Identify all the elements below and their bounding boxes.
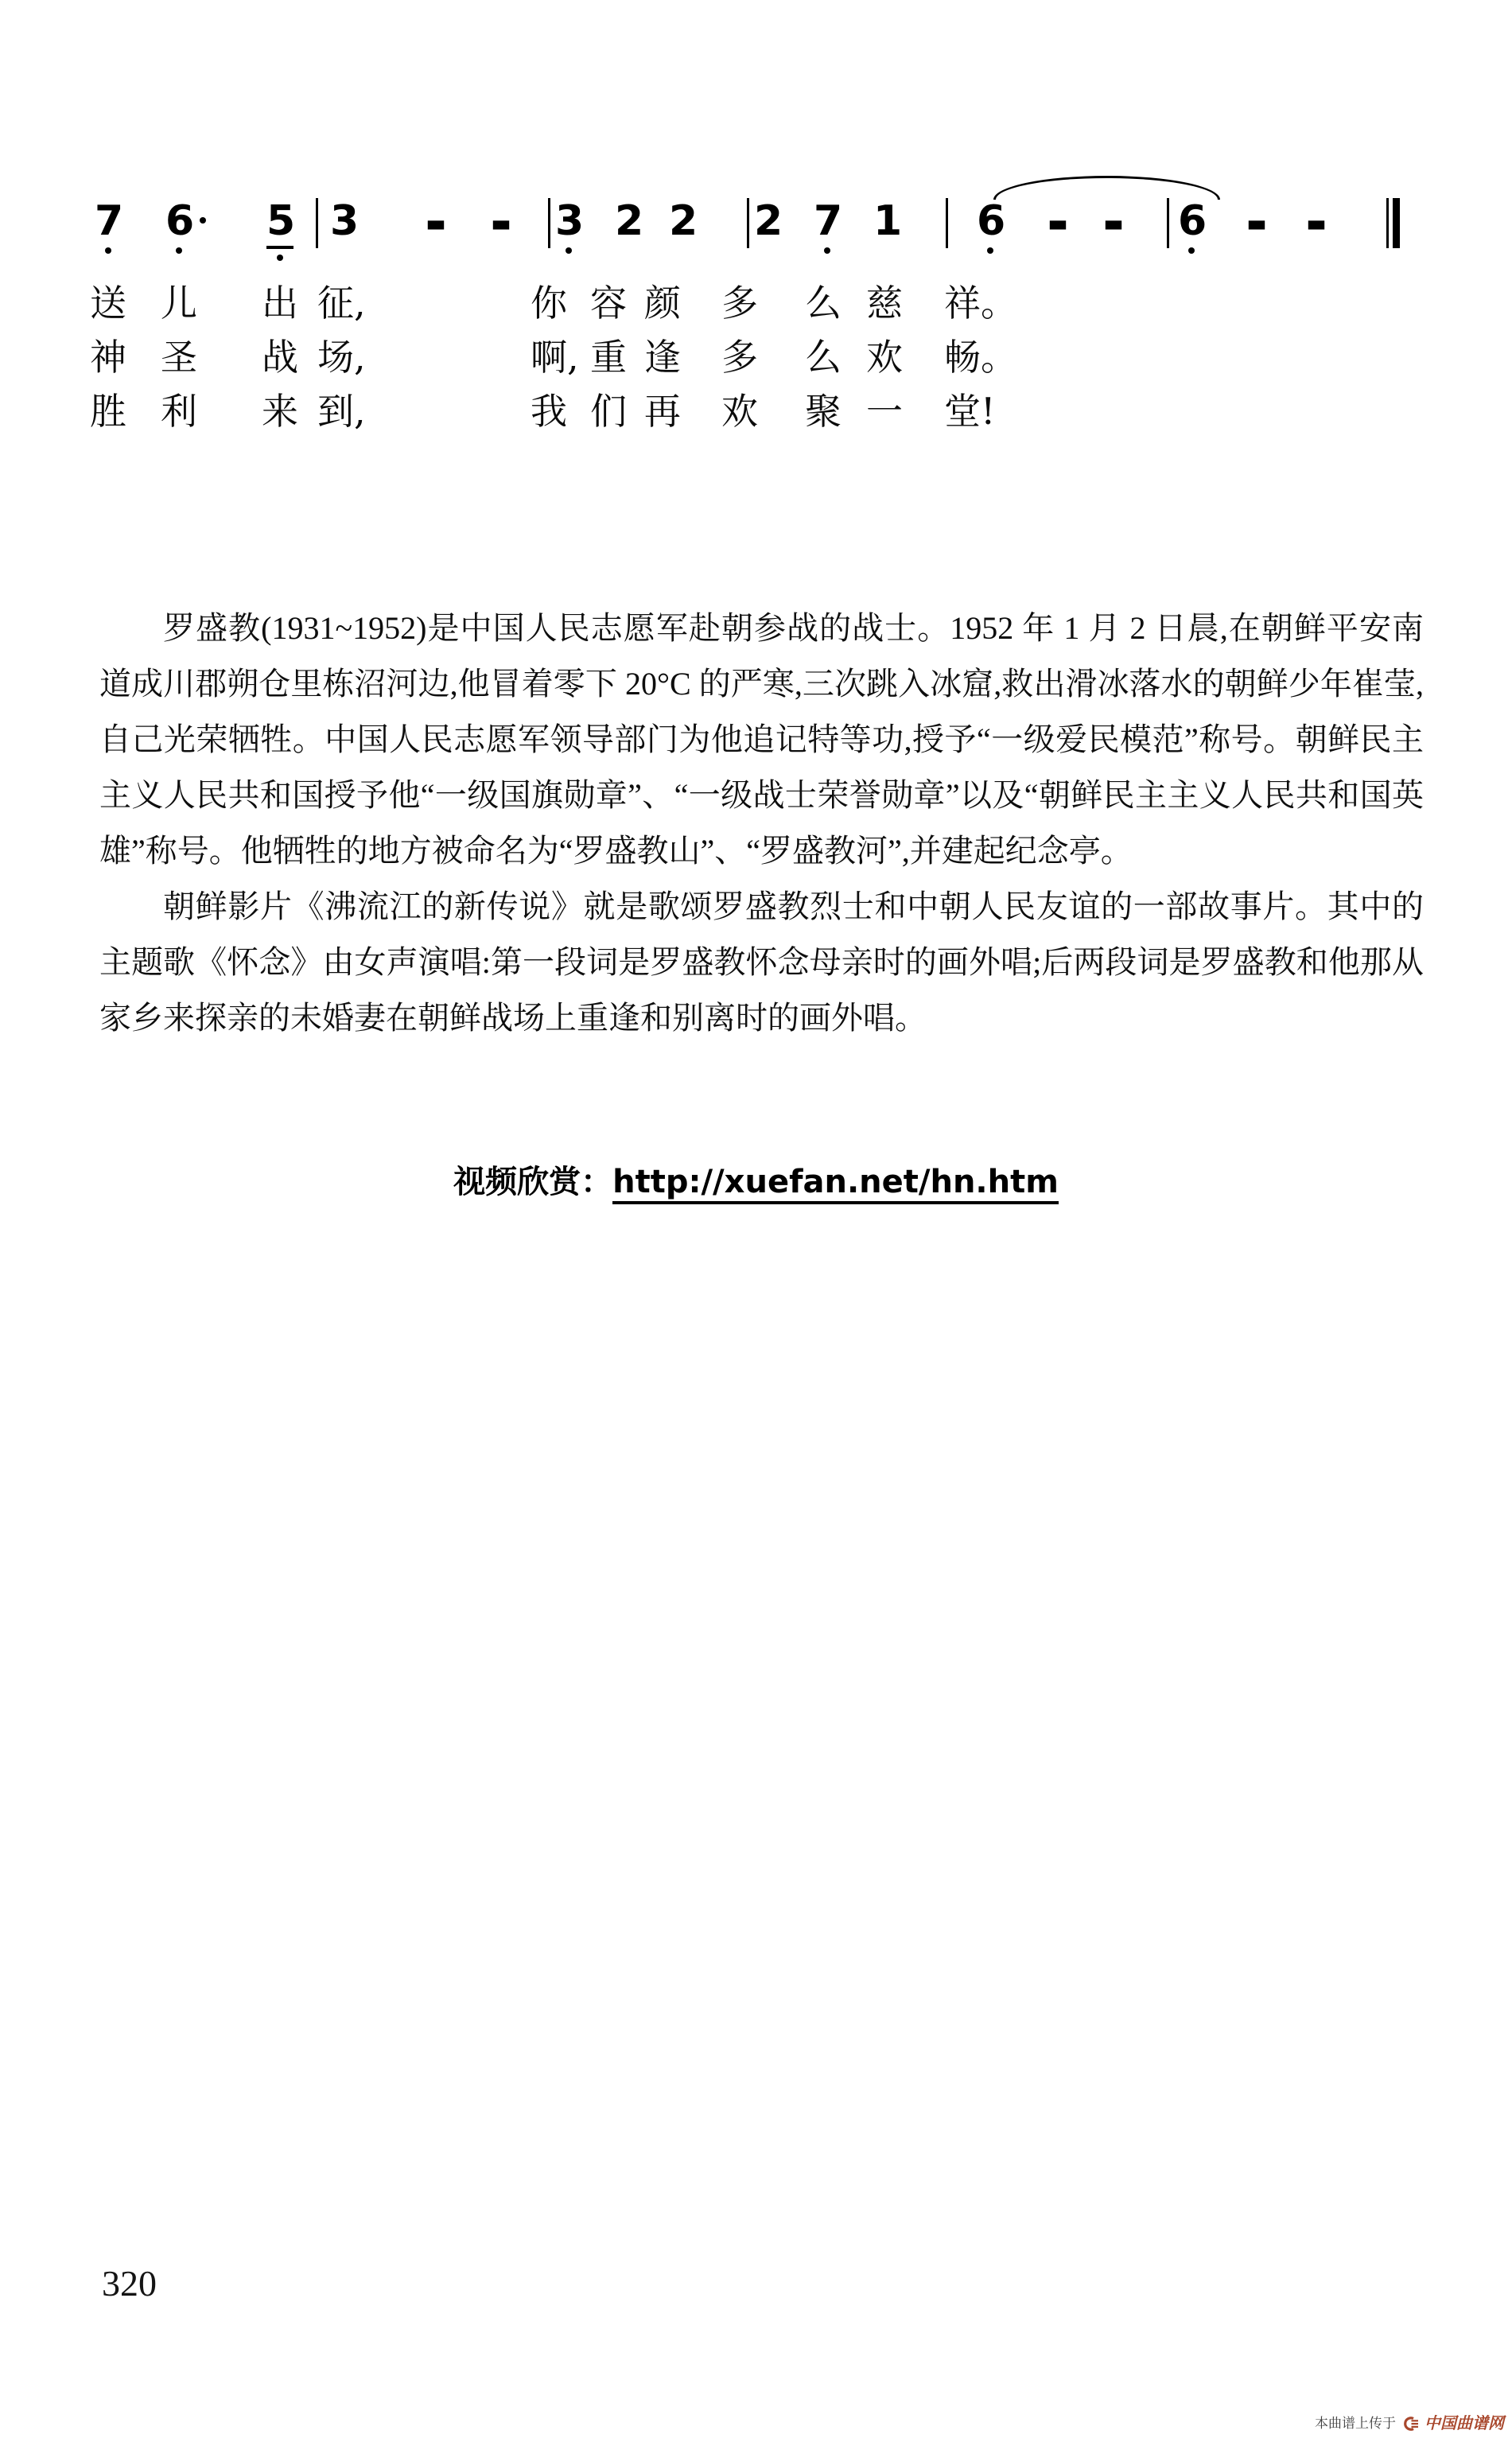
video-line: 视频欣赏：http://xuefan.net/hn.htm (0, 1158, 1512, 1206)
dash-note: – (488, 200, 515, 242)
jianpu-note: 7 (95, 200, 122, 242)
lyric-syllable: 堂! (944, 391, 996, 431)
lyric-syllable: 啊, (531, 337, 579, 377)
lyric-syllable: 颜 (644, 283, 681, 323)
jianpu-note: 3 (330, 200, 357, 242)
dash-note: – (1303, 200, 1330, 242)
lyric-syllable: 容 (590, 283, 627, 323)
lyric-syllable: 征, (317, 283, 366, 323)
jianpu-note: 2 (754, 200, 781, 242)
barline (548, 198, 550, 248)
jianpu-note: 7 (814, 200, 841, 242)
final-barline (1386, 198, 1400, 248)
lyric-syllable: 战 (262, 337, 298, 377)
lyric-syllable: 祥。 (944, 283, 1017, 323)
jianpu-note: 2 (669, 200, 696, 242)
lyric-syllable: 畅。 (944, 337, 1017, 377)
dash-note: – (422, 200, 449, 242)
lyric-syllable: 慈 (866, 283, 903, 323)
dash-note: – (1243, 200, 1270, 242)
dash-note: – (1100, 200, 1127, 242)
watermark: 本曲谱上传于 中国曲谱网 (1315, 2415, 1504, 2432)
lyric-syllable: 逢 (644, 337, 681, 377)
lyric-syllable: 们 (590, 391, 627, 431)
lyric-syllable: 么 (805, 283, 842, 323)
jianpu-note: 6 (977, 200, 1004, 242)
lyric-syllable: 再 (644, 391, 681, 431)
lyric-syllable: 送 (90, 283, 126, 323)
barline (1167, 198, 1169, 248)
lyric-syllable: 欢 (721, 391, 758, 431)
jianpu-note: 5 (266, 200, 293, 242)
page-number: 320 (102, 2264, 157, 2304)
jianpu-note: 1 (873, 200, 900, 242)
lyric-syllable: 到, (317, 391, 366, 431)
lyric-syllable: 利 (161, 391, 197, 431)
sheet-music-page: 7653––3222716––6––送儿出征,你容颜多么慈祥。神圣战场,啊,重逢… (0, 0, 1512, 2442)
song-notes-text: 罗盛教(1931~1952)是中国人民志愿军赴朝参战的战士。1952 年 1 月… (99, 601, 1424, 1046)
jianpu-note: 3 (555, 200, 582, 242)
lyric-syllable: 么 (805, 337, 842, 377)
lyric-syllable: 你 (531, 283, 567, 323)
video-url-link: http://xuefan.net/hn.htm (612, 1164, 1059, 1204)
watermark-prefix: 本曲谱上传于 (1315, 2415, 1396, 2432)
barline (946, 198, 948, 248)
lyric-syllable: 我 (531, 391, 567, 431)
video-label: 视频欣赏： (453, 1164, 612, 1200)
essay-paragraph-1: 罗盛教(1931~1952)是中国人民志愿军赴朝参战的战士。1952 年 1 月… (99, 601, 1424, 879)
lyric-syllable: 神 (90, 337, 126, 377)
lyric-syllable: 来 (262, 391, 298, 431)
lyric-syllable: 聚 (805, 391, 842, 431)
lyric-syllable: 重 (590, 337, 627, 377)
site-logo-icon (1401, 2415, 1419, 2432)
barline (316, 198, 318, 248)
dash-note: – (1044, 200, 1071, 242)
lyric-syllable: 儿 (161, 283, 197, 323)
music-score: 7653––3222716––6––送儿出征,你容颜多么慈祥。神圣战场,啊,重逢… (0, 0, 1512, 2442)
lyric-syllable: 一 (866, 391, 903, 431)
lyric-syllable: 欢 (866, 337, 903, 377)
essay-paragraph-2: 朝鲜影片《沸流江的新传说》就是歌颂罗盛教烈士和中朝人民友谊的一部故事片。其中的主… (99, 879, 1424, 1046)
lyric-syllable: 场, (317, 337, 366, 377)
lyric-syllable: 圣 (161, 337, 197, 377)
jianpu-note: 6 (165, 200, 192, 242)
jianpu-note: 2 (615, 200, 642, 242)
lyric-syllable: 胜 (90, 391, 126, 431)
lyric-syllable: 多 (721, 283, 758, 323)
lyric-syllable: 多 (721, 337, 758, 377)
jianpu-note: 6 (1178, 200, 1205, 242)
lyric-syllable: 出 (262, 283, 298, 323)
barline (747, 198, 749, 248)
site-name: 中国曲谱网 (1425, 2415, 1504, 2432)
